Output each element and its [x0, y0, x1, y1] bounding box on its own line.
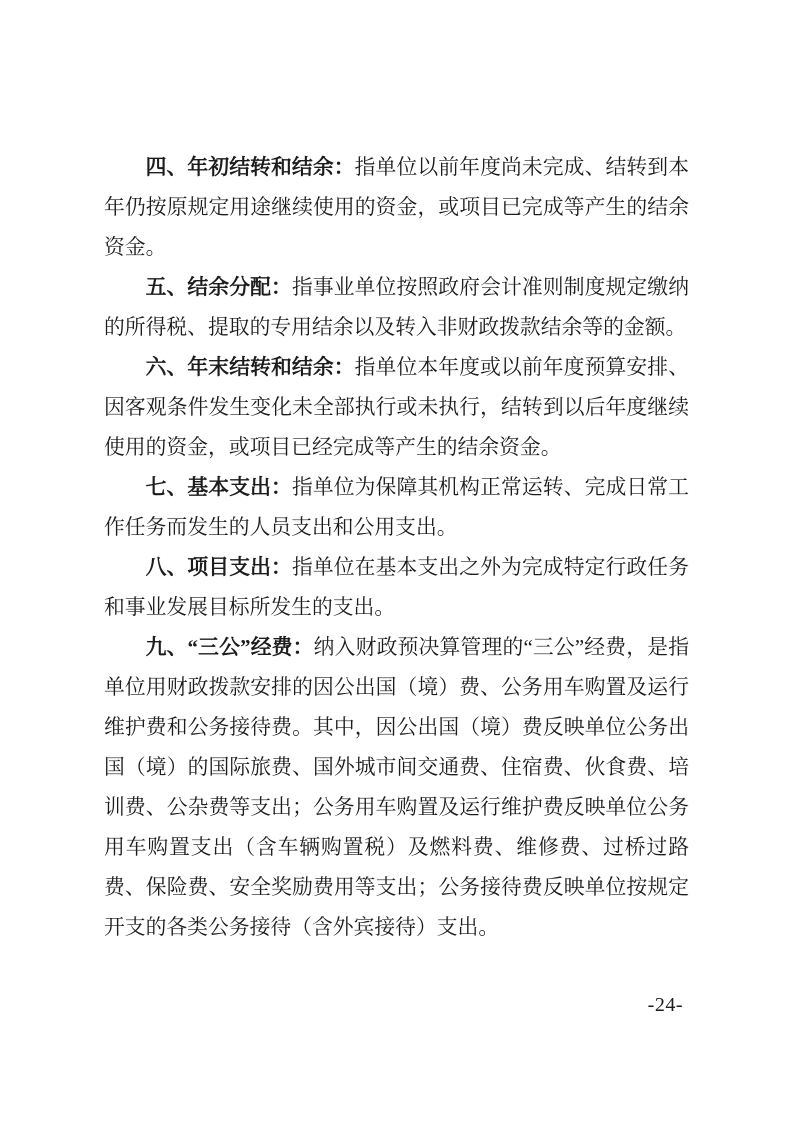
term-label: 九、“三公”经费： — [146, 636, 314, 659]
definition-paragraph: 六、年末结转和结余：指单位本年度或以前年度预算安排、因客观条件发生变化未全部执行… — [104, 348, 689, 468]
term-label: 五、结余分配： — [146, 276, 292, 299]
term-label: 八、项目支出： — [146, 556, 292, 579]
term-label: 六、年末结转和结余： — [146, 356, 355, 379]
document-page: 四、年初结转和结余：指单位以前年度尚未完成、结转到本年仍按原规定用途继续使用的资… — [0, 0, 793, 1122]
page-number: -24- — [648, 994, 683, 1016]
definition-paragraph: 七、基本支出：指单位为保障其机构正常运转、完成日常工作任务而发生的人员支出和公用… — [104, 468, 689, 548]
definition-paragraph: 四、年初结转和结余：指单位以前年度尚未完成、结转到本年仍按原规定用途继续使用的资… — [104, 148, 689, 268]
term-label: 七、基本支出： — [146, 476, 292, 499]
definition-paragraph: 八、项目支出：指单位在基本支出之外为完成特定行政任务和事业发展目标所发生的支出。 — [104, 548, 689, 628]
definition-paragraph: 九、“三公”经费：纳入财政预决算管理的“三公”经费，是指单位用财政拨款安排的因公… — [104, 628, 689, 948]
document-body: 四、年初结转和结余：指单位以前年度尚未完成、结转到本年仍按原规定用途继续使用的资… — [104, 148, 689, 948]
term-label: 四、年初结转和结余： — [146, 156, 355, 179]
definition-paragraph: 五、结余分配：指事业单位按照政府会计准则制度规定缴纳的所得税、提取的专用结余以及… — [104, 268, 689, 348]
term-definition: 纳入财政预决算管理的“三公”经费，是指单位用财政拨款安排的因公出国（境）费、公务… — [104, 636, 689, 939]
